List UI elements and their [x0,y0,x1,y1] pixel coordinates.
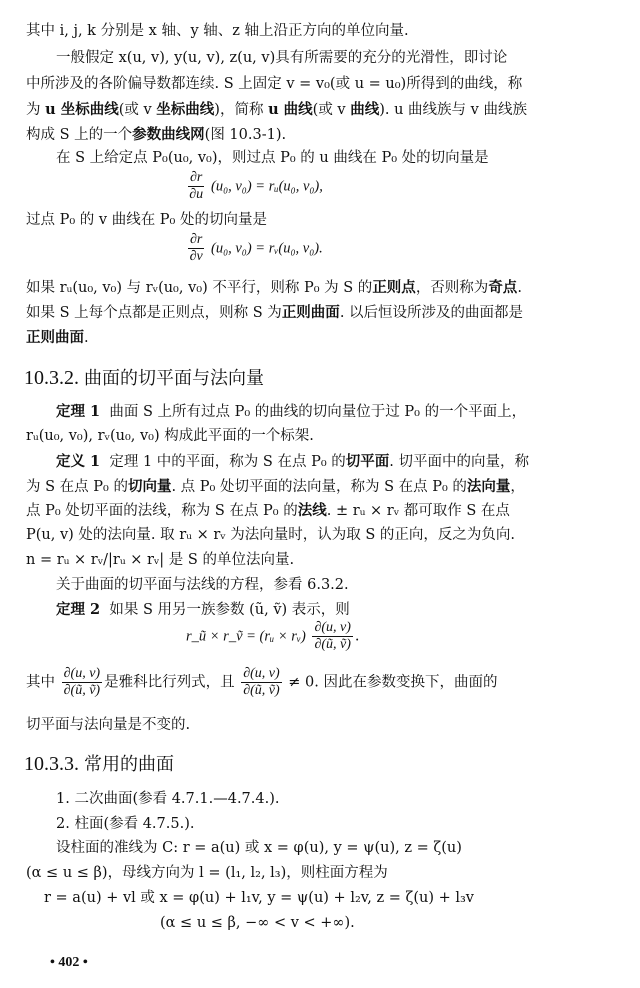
numerator: ∂(u, v) [241,666,281,683]
bold-term: 正则点 [372,279,416,296]
formula-left: r_ũ × r_ṽ = (rᵤ × rᵥ) [186,629,306,645]
paragraph-line: 构成 S 上的一个参数曲线网(图 10.3-1). [26,126,286,144]
fraction: ∂r∂v [188,232,204,265]
paragraph-line: 点 P₀ 处切平面的法线，称为 S 在点 P₀ 的法线. ± rᵤ × rᵥ 都… [26,502,510,520]
formula-tangent-v: ∂r∂v (u₀, v₀) = rᵥ(u₀, v₀). [186,232,323,265]
formula-rest: (u₀, v₀) = rᵤ(u₀, v₀), [211,179,323,195]
denominator: ∂(ũ, ṽ) [241,683,281,699]
formula-rest: (u₀, v₀) = rᵥ(u₀, v₀). [211,241,323,257]
paragraph-line: 正则曲面. [26,329,89,347]
bold-term: 法向量 [467,478,511,495]
section-heading: 10.3.3. 常用的曲面 [24,752,174,776]
paragraph-line: 在 S 上给定点 P₀(u₀, v₀)，则过点 P₀ 的 u 曲线在 P₀ 处的… [56,150,489,167]
text: 如果 S 上每个点都是正则点，则称 S 为 [26,305,282,321]
theorem-1: 定理 1 曲面 S 上所有过点 P₀ 的曲线的切向量位于过 P₀ 的一个平面上， [56,403,526,421]
fraction: ∂(u, v)∂(ũ, ṽ) [62,666,102,699]
section-title: 常用的曲面 [84,754,174,775]
list-item: 1. 二次曲面(参看 4.7.1.—4.7.4.). [56,791,279,808]
denominator: ∂v [188,249,204,265]
text: . 点 P₀ 处切平面的法向量，称为 S 在点 P₀ 的 [171,479,466,495]
paragraph-line: 为 u 坐标曲线(或 v 坐标曲线)，简称 u 曲线(或 v 曲线). u 曲线… [26,101,527,119]
text: . 切平面中的向量，称 [389,454,529,470]
paragraph-line: 如果 rᵤ(u₀, v₀) 与 rᵥ(u₀, v₀) 不平行，则称 P₀ 为 S… [26,279,522,297]
numerator: ∂r [188,170,204,187]
text: 其中 [26,675,55,691]
formula-tangent-u: ∂r∂u (u₀, v₀) = rᵤ(u₀, v₀), [186,170,323,203]
list-item: 2. 柱面(参看 4.7.5.). [56,816,194,833]
denominator: ∂(ũ, ṽ) [62,683,102,699]
numerator: ∂(u, v) [312,620,352,637]
paragraph-line: 其中 ∂(u, v)∂(ũ, ṽ)是雅科比行列式，且 ∂(u, v)∂(ũ, ṽ… [26,666,497,699]
paragraph-line: rᵤ(u₀, v₀), rᵥ(u₀, v₀) 构成此平面的一个标架. [26,428,314,445]
numerator: ∂r [188,232,204,249]
section-number: 10.3.3. [24,753,79,775]
text: 曲面 S 上所有过点 P₀ 的曲线的切向量位于过 P₀ 的一个平面上， [109,404,526,420]
text: 是雅科比行列式，且 [104,675,235,691]
text: ，否则称为 [416,280,489,296]
text: . [84,330,89,346]
bold-term: 正则曲面 [282,304,340,321]
text: . [517,280,522,296]
bold-term: 正则曲面 [26,329,84,346]
formula-jacobian: r_ũ × r_ṽ = (rᵤ × rᵥ) ∂(u, v)∂(ũ, ṽ). [186,620,360,653]
fraction: ∂r∂u [188,170,204,203]
text: )，简称 [214,102,268,118]
paragraph-line: 如果 S 上每个点都是正则点，则称 S 为正则曲面. 以后恒设所涉及的曲面都是 [26,304,523,322]
bold-term: 法线 [298,502,327,519]
text: (或 v [119,102,157,118]
paragraph-line: n = rᵤ × rᵥ/|rᵤ × rᵥ| 是 S 的单位法向量. [26,552,294,569]
fraction: ∂(u, v)∂(ũ, ṽ) [312,620,352,653]
paragraph-line: P(u, v) 处的法向量. 取 rᵤ × rᵥ 为法向量时，认为取 S 的正向… [26,527,515,544]
text: ). u 曲线族与 v 曲线族 [379,102,527,118]
paragraph-line: 一般假定 x(u, v), y(u, v), z(u, v)具有所需要的充分的光… [56,50,507,67]
bold-term: 奇点 [488,279,517,296]
bold-term: 参数曲线网 [132,126,205,143]
bold-term: u 坐标曲线 [45,101,119,118]
cross-reference: 关于曲面的切平面与法线的方程，参看 6.3.2. [56,577,349,594]
theorem-label: 定理 1 [56,403,100,420]
text: (图 10.3-1). [205,127,286,143]
text: (或 v [313,102,351,118]
definition-label: 定义 1 [56,453,100,470]
formula-cylinder: r = a(u) + vl 或 x = φ(u) + l₁v, y = ψ(u)… [44,890,474,907]
bold-term: 切平面 [346,453,390,470]
section-heading: 10.3.2. 曲面的切平面与法向量 [24,366,264,390]
paragraph-line: 中所涉及的各阶偏导数都连续. S 上固定 v = v₀(或 u = u₀)所得到… [26,76,522,93]
section-number: 10.3.2. [24,367,79,389]
page-number: • 402 • [50,955,88,972]
paragraph-line: (α ≤ u ≤ β)，母线方向为 l = (l₁, l₂, l₃)，则柱面方程… [26,865,388,882]
fraction: ∂(u, v)∂(ũ, ṽ) [241,666,281,699]
text: 为 S 在点 P₀ 的 [26,479,128,495]
bold-term: 坐标曲线 [156,101,214,118]
text: 点 P₀ 处切平面的法线，称为 S 在点 P₀ 的 [26,503,298,519]
text: ， [510,479,525,495]
formula-end: . [355,629,360,645]
bold-term: 切向量 [128,478,172,495]
text: 构成 S 上的一个 [26,127,132,143]
text: . 以后恒设所涉及的曲面都是 [340,305,523,321]
bold-term: u 曲线 [268,101,313,118]
denominator: ∂(ũ, ṽ) [312,637,352,653]
text: . ± rᵤ × rᵥ 都可取作 S 在点 [327,503,510,519]
numerator: ∂(u, v) [62,666,102,683]
text: 如果 rᵤ(u₀, v₀) 与 rᵥ(u₀, v₀) 不平行，则称 P₀ 为 S… [26,280,372,296]
paragraph-line: 过点 P₀ 的 v 曲线在 P₀ 处的切向量是 [26,212,267,229]
paragraph-line: 切平面与法向量是不变的. [26,717,190,734]
definition-1: 定义 1 定理 1 中的平面，称为 S 在点 P₀ 的切平面. 切平面中的向量，… [56,453,529,471]
bold-term: 曲线 [350,101,379,118]
section-title: 曲面的切平面与法向量 [84,368,264,389]
text: 定理 1 中的平面，称为 S 在点 P₀ 的 [109,454,345,470]
paragraph-line: 其中 i, j, k 分别是 x 轴、y 轴、z 轴上沿正方向的单位向量. [26,23,409,40]
text: 如果 S 用另一族参数 (ũ, ṽ) 表示，则 [109,602,349,618]
denominator: ∂u [188,187,204,203]
theorem-label: 定理 2 [56,601,100,618]
paragraph-line: 设柱面的准线为 C: r = a(u) 或 x = φ(u), y = ψ(u)… [56,840,462,857]
text: 为 [26,102,45,118]
text: ≠ 0. 因此在参数变换下，曲面的 [288,675,497,691]
theorem-2: 定理 2 如果 S 用另一族参数 (ũ, ṽ) 表示，则 [56,601,350,619]
paragraph-line: 为 S 在点 P₀ 的切向量. 点 P₀ 处切平面的法向量，称为 S 在点 P₀… [26,478,525,496]
formula-range: (α ≤ u ≤ β, −∞ < v < +∞). [160,915,355,932]
